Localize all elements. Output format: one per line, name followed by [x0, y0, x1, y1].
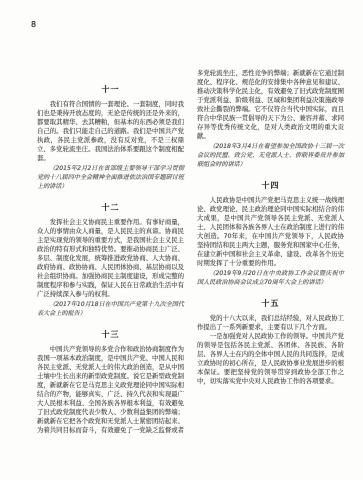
- section-heading: 十二: [37, 203, 184, 212]
- section-attribution: （2017年10月18日在中国共产党第十九次全国代表大会上的报告）: [37, 300, 184, 318]
- section-attribution: （2018年3月4日在看望参加全国政协十三届一次会议的民盟、致公党、无党派人士、…: [197, 142, 344, 169]
- section-paragraph: 发挥社会主义协商民主重要作用。有事好商量，众人的事情由众人商量，是人民民主的真谛…: [37, 218, 184, 299]
- section-heading: 十一: [37, 85, 184, 94]
- section-paragraph: 我们有符合国情的一套理论、一套制度，同时我们也是秉持开放态度的，无论是传统的还是…: [37, 100, 184, 163]
- section-heading: 十四: [197, 181, 344, 190]
- page-columns: 十一我们有符合国情的一套理论、一套制度，同时我们也是秉持开放态度的，无论是传统的…: [37, 69, 344, 441]
- section: 十一我们有符合国情的一套理论、一套制度，同时我们也是秉持开放态度的，无论是传统的…: [37, 85, 184, 191]
- document-page: 8 十一我们有符合国情的一套理论、一套制度，同时我们也是秉持开放态度的，无论是传…: [0, 0, 363, 480]
- section-heading: 十三: [37, 330, 184, 339]
- section-attribution: （2019年9月20日在中央政协工作会议暨庆祝中国人民政治协商会议成立70周年大…: [197, 269, 344, 287]
- section-paragraph: 一是加强党对人民政协工作的领导。中国共产党的领导是包括各民主党派、各团体、各民族…: [197, 332, 344, 386]
- section: 十四人民政协是中国共产党把马克思主义统一战线理论、政党理论、民主政治理论同中国实…: [197, 181, 344, 287]
- page-number: 8: [31, 20, 36, 29]
- section: 十五党的十八大以来，我们总结经验，对人民政协工作提出了一系列新要求，主要有以下几…: [197, 299, 344, 386]
- section-attribution: （2015年2月2日在省部级主要领导干部学习贯彻党的十八届四中全会精神全面推进依…: [37, 164, 184, 191]
- section-heading: 十五: [197, 299, 344, 308]
- section: 十二发挥社会主义协商民主重要作用。有事好商量，众人的事情由众人商量，是人民民主的…: [37, 203, 184, 318]
- section-paragraph: 党的十八大以来，我们总结经验，对人民政协工作提出了一系列新要求，主要有以下几个方…: [197, 314, 344, 332]
- section-paragraph: 人民政协是中国共产党把马克思主义统一战线理论、政党理论、民主政治理论同中国实际相…: [197, 196, 344, 268]
